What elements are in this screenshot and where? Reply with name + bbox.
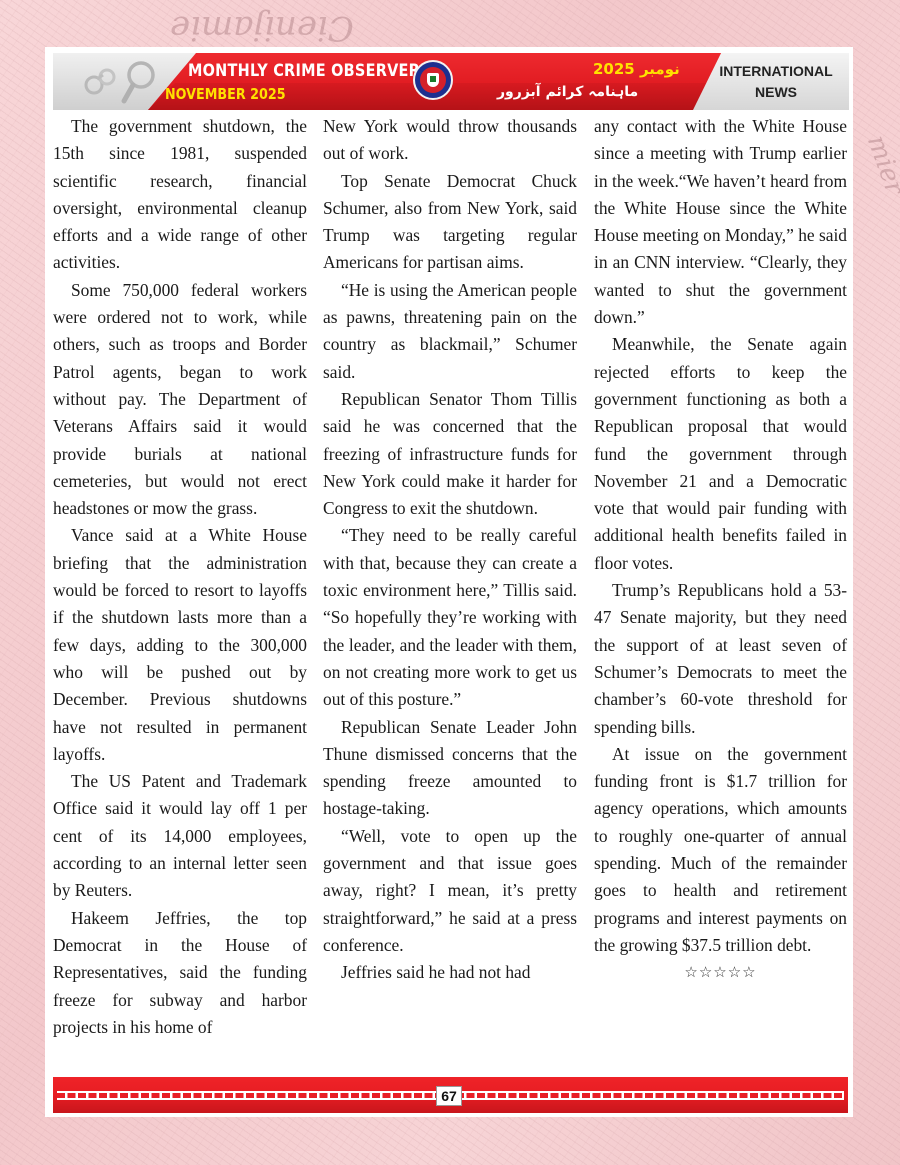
paragraph: Jeffries said he had not had <box>323 959 577 986</box>
article-body: The government shutdown, the 15th since … <box>53 113 853 1073</box>
paragraph: Trump’s Republicans hold a 53-47 Senate … <box>594 577 847 741</box>
handcuffs-icon <box>83 63 119 99</box>
paragraph: Hakeem Jeffries, the top Democrat in the… <box>53 905 307 1041</box>
article-column-1: The government shutdown, the 15th since … <box>53 113 307 1041</box>
section-label-line2: NEWS <box>703 82 849 103</box>
magazine-title-english: MONTHLY CRIME OBSERVER <box>188 61 420 81</box>
paragraph: Vance said at a White House briefing tha… <box>53 522 307 768</box>
paragraph: Republican Senator Thom Tillis said he w… <box>323 386 577 522</box>
page-footer: 67 <box>53 1077 848 1113</box>
paragraph: “They need to be really careful with tha… <box>323 522 577 713</box>
paragraph: “He is using the American people as pawn… <box>323 277 577 386</box>
crime-observer-logo <box>413 60 453 100</box>
paragraph: Republican Senate Leader John Thune dism… <box>323 714 577 823</box>
issue-date-urdu: نومبر 2025 <box>593 60 680 78</box>
logo-shield-icon <box>427 73 439 87</box>
section-label: INTERNATIONAL NEWS <box>703 61 849 103</box>
paragraph: Top Senate Democrat Chuck Schumer, also … <box>323 168 577 277</box>
background-newspaper-text: mier <box>861 131 900 198</box>
paragraph-continued: any contact with the White House since a… <box>594 113 847 331</box>
paragraph: Meanwhile, the Senate again rejected eff… <box>594 331 847 577</box>
magnifier-icon <box>121 59 157 105</box>
page-number: 67 <box>436 1086 462 1106</box>
article-column-3: any contact with the White House since a… <box>594 113 847 987</box>
magazine-title-urdu: ماہنامہ کرائم آبزرور <box>497 84 638 100</box>
end-of-article-stars-icon: ☆☆☆☆☆ <box>594 959 847 986</box>
issue-date-english: NOVEMBER 2025 <box>165 85 286 103</box>
paragraph: Some 750,000 federal workers were ordere… <box>53 277 307 523</box>
paragraph: “Well, vote to open up the government an… <box>323 823 577 959</box>
logo-emblem <box>420 67 446 93</box>
paragraph: At issue on the government funding front… <box>594 741 847 959</box>
paragraph: The US Patent and Trademark Office said … <box>53 768 307 904</box>
section-label-line1: INTERNATIONAL <box>703 61 849 82</box>
background-newspaper-text: Cienijamie <box>170 8 354 48</box>
paragraph-continued: New York would throw thousands out of wo… <box>323 113 577 168</box>
magazine-header: MONTHLY CRIME OBSERVER NOVEMBER 2025 نوم… <box>53 53 849 110</box>
article-column-2: New York would throw thousands out of wo… <box>323 113 577 987</box>
paragraph: The government shutdown, the 15th since … <box>53 113 307 277</box>
